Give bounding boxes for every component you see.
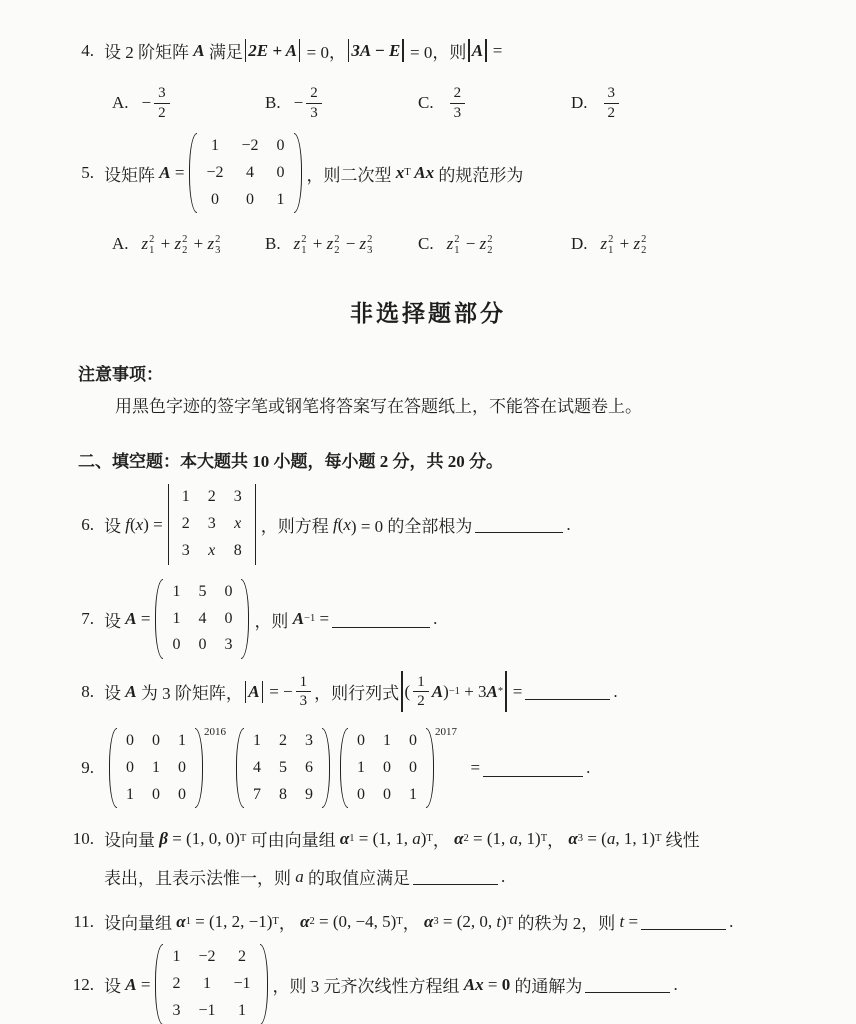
matrix-cell: 1 [172,947,180,968]
matrix-cell: −1 [233,974,250,995]
matrix-cell: 1 [182,487,190,508]
matrix-cell: 1 [172,582,180,603]
matrix-cell: 1 [198,974,215,995]
matrix: 150140003 [155,579,249,659]
question-5-options: A. z21 + z22 + z23 B. z21 + z22 − z23 C.… [112,233,856,255]
matrix-cell: 0 [383,758,391,779]
option-letter: C. [418,93,434,113]
matrix-cell: 0 [409,731,417,752]
matrix-left-paren [109,728,117,808]
matrix-cell: 0 [178,785,186,806]
matrix-left-paren [155,944,163,1024]
option-content: 23 [447,85,469,121]
question-7-tail: ，则 A−1 =. [254,607,437,632]
section-heading: 非选择题部分 [0,295,856,328]
matrix-cell: 2 [172,974,180,995]
matrix-cell: −2 [198,947,215,968]
matrix: 1−20−240001 [189,133,301,213]
vertical-bar [245,681,246,703]
matrix-cell: 3 [172,1001,180,1022]
question-10-line1: 设向量 β = (1, 0, 0)T 可由向量组 α1 = (1, 1, a)T… [104,826,700,851]
matrix-cell: 1 [126,785,134,806]
permutation-matrix-1: 001010100 2016 [109,728,226,808]
matrix-cell: 2 [182,514,190,535]
question-11: 11. 设向量组 α1 = (1, 2, −1)T， α2 = (0, −4, … [58,909,856,934]
question-5-option-c: C. z21 − z22 [418,233,571,255]
determinant: 12323x3x8 [168,484,256,564]
matrix-cell: 9 [305,785,313,806]
matrix-cell: 4 [241,163,258,184]
matrix-cell: x [234,514,242,535]
option-letter: B. [265,93,281,113]
question-12-lead: 设 A = [104,972,150,997]
matrix-cell: 1 [383,731,391,752]
matrix-cell: −2 [241,136,258,157]
matrix-cell: 2 [208,487,216,508]
matrix-right-paren [260,944,268,1024]
matrix-cell: 0 [198,635,206,656]
question-4-number: 4. [58,41,94,61]
option-content: −23 [294,85,325,121]
question-5-lead: 设矩阵 A = [104,161,184,186]
answer-blank [483,760,583,777]
option-letter: C. [418,234,434,254]
vertical-bar [262,681,263,703]
matrix-cell: 6 [305,758,313,779]
answer-blank [641,913,726,930]
vertical-bar [485,39,486,61]
question-7-lead: 设 A = [104,607,150,632]
matrix-grid: 1−2221−13−11 [163,944,259,1024]
question-7-number: 7. [58,609,94,629]
matrix-cell: 5 [279,758,287,779]
option-content: z21 − z22 [447,233,495,255]
matrix-right-paren [294,133,302,213]
question-10: 10. 设向量 β = (1, 0, 0)T 可由向量组 α1 = (1, 1,… [58,826,856,851]
matrix-cell: 3 [224,635,232,656]
matrix-cell: 1 [253,731,261,752]
question-6-lead: 设 f(x) = [104,512,163,537]
matrix-cell: 8 [279,785,287,806]
matrix-left-paren [236,728,244,808]
matrix-cell: 1 [172,609,180,630]
matrix-cell: 0 [152,785,160,806]
matrix-cell: 8 [234,541,242,562]
option-content: z21 + z22 [601,233,649,255]
matrix-right-paren [426,728,434,808]
matrix-cell: 0 [126,758,134,779]
vertical-bar [402,39,403,61]
matrix-cell: 0 [206,190,223,211]
matrix-cell: 0 [383,785,391,806]
question-9: 9. 001010100 2016 123456789 010100001 20… [58,728,856,808]
option-letter: D. [571,93,588,113]
vertical-bar [505,671,506,712]
exam-page: 4. 设 2 阶矩阵 A 满足2E + A = 0，3A − E = 0，则A … [0,0,856,1024]
question-5-tail: ，则二次型 xT Ax 的规范形为 [307,161,524,186]
matrix-cell: 0 [178,758,186,779]
question-9-tail: =. [462,758,590,778]
option-letter: D. [571,234,588,254]
matrix-cell: 2 [279,731,287,752]
matrix-right-paren [241,579,249,659]
question-11-stem: 设向量组 α1 = (1, 2, −1)T， α2 = (0, −4, 5)T，… [104,909,733,934]
question-9-number: 9. [58,758,94,778]
question-6-tail: ，则方程 f(x) = 0 的全部根为. [261,512,571,537]
matrix-cell: −2 [206,163,223,184]
matrix-cell: 1 [357,758,365,779]
option-content: z21 + z22 + z23 [142,233,223,255]
matrix-left-paren [340,728,348,808]
matrix-left-paren [189,133,197,213]
matrix-cell: 3 [234,487,242,508]
question-10-line2-row: 表出，且表示法惟一，则 a 的取值应满足. [104,864,856,889]
matrix-cell: 0 [152,731,160,752]
matrix-right-paren [322,728,330,808]
question-4-option-c: C. 23 [418,85,571,121]
question-5-option-b: B. z21 + z22 − z23 [265,233,418,255]
matrix-cell: 4 [253,758,261,779]
notice-body: 用黑色字迹的签字笔或钢笔将答案写在答题纸上，不能答在试题卷上。 [115,392,856,417]
question-12: 12. 设 A = 1−2221−13−11 ，则 3 元齐次线性方程组 Ax … [58,944,856,1024]
question-12-tail: ，则 3 元齐次线性方程组 Ax = 0 的通解为. [273,972,678,997]
question-4: 4. 设 2 阶矩阵 A 满足2E + A = 0，3A − E = 0，则A … [58,38,856,63]
option-letter: B. [265,234,281,254]
question-11-number: 11. [58,912,94,932]
matrix-cell: 0 [126,731,134,752]
matrix-cell: 0 [224,582,232,603]
question-8-number: 8. [58,682,94,702]
matrix-cell: 1 [178,731,186,752]
notice-title: 注意事项： [78,360,856,385]
matrix-cell: 0 [224,609,232,630]
question-10-line2: 表出，且表示法惟一，则 a 的取值应满足. [104,864,505,889]
matrix-right-paren [195,728,203,808]
fill-section-header: 二、填空题：本大题共 10 小题，每小题 2 分，共 20 分。 [78,447,856,472]
question-5: 5. 设矩阵 A = 1−20−240001 ，则二次型 xT Ax 的规范形为 [58,133,856,213]
answer-blank [585,976,670,993]
question-4-option-b: B. −23 [265,85,418,121]
matrix-cell: −1 [198,1001,215,1022]
matrix: 1−2221−13−11 [155,944,267,1024]
question-8: 8. 设 A 为 3 阶矩阵，A = −13，则行列式(12A)−1 + 3A*… [58,671,856,712]
vertical-bar [299,39,300,61]
vertical-bar [468,39,469,61]
answer-blank [525,683,610,700]
matrix-cell: 4 [198,609,206,630]
matrix-exponent: 2016 [204,726,226,738]
matrix-cell: 3 [208,514,216,535]
matrix-cell: 2 [233,947,250,968]
matrix-grid: 001010100 [117,728,195,808]
question-5-option-d: D. z21 + z22 [571,233,724,255]
vertical-bar [245,39,246,61]
matrix-grid: 1−20−240001 [197,133,293,213]
matrix-cell: 5 [198,582,206,603]
matrix-cell: x [208,541,216,562]
vertical-bar [401,671,402,712]
matrix-cell: 1 [206,136,223,157]
question-7: 7. 设 A = 150140003 ，则 A−1 =. [58,579,856,659]
question-5-number: 5. [58,163,94,183]
question-5-option-a: A. z21 + z22 + z23 [112,233,265,255]
answer-blank [475,516,563,533]
matrix-cell: 1 [233,1001,250,1022]
matrix-cell: 0 [357,785,365,806]
determinant-right-bar [251,484,256,564]
matrix-cell: 1 [277,190,285,211]
matrix-cell: 3 [305,731,313,752]
question-8-stem: 设 A 为 3 阶矩阵，A = −13，则行列式(12A)−1 + 3A* =. [104,671,618,712]
determinant-grid: 12323x3x8 [173,484,251,564]
question-10-number: 10. [58,829,94,849]
option-content: −32 [142,85,173,121]
option-letter: A. [112,234,129,254]
option-letter: A. [112,93,129,113]
question-4-stem: 设 2 阶矩阵 A 满足2E + A = 0，3A − E = 0，则A = [104,38,502,63]
matrix-grid: 123456789 [244,728,322,808]
question-4-option-a: A. −32 [112,85,265,121]
middle-matrix: 123456789 [236,728,330,808]
question-4-option-d: D. 32 [571,85,724,121]
matrix-cell: 0 [277,163,285,184]
matrix-cell: 0 [172,635,180,656]
option-content: 32 [601,85,623,121]
matrix-grid: 010100001 [348,728,426,808]
matrix-grid: 150140003 [163,579,241,659]
question-12-number: 12. [58,975,94,995]
question-4-options: A. −32 B. −23 C. 23 D. 32 [112,85,856,121]
matrix-cell: 0 [357,731,365,752]
answer-blank [332,611,430,628]
permutation-matrix-2: 010100001 2017 [340,728,457,808]
matrix-left-paren [155,579,163,659]
matrix-cell: 0 [241,190,258,211]
answer-blank [413,868,498,885]
matrix-cell: 7 [253,785,261,806]
matrix-cell: 0 [409,758,417,779]
question-6-number: 6. [58,515,94,535]
matrix-cell: 1 [152,758,160,779]
matrix-cell: 1 [409,785,417,806]
question-6: 6. 设 f(x) = 12323x3x8 ，则方程 f(x) = 0 的全部根… [58,484,856,564]
matrix-cell: 3 [182,541,190,562]
vertical-bar [348,39,349,61]
matrix-exponent: 2017 [435,726,457,738]
matrix-cell: 0 [277,136,285,157]
option-content: z21 + z22 − z23 [294,233,375,255]
